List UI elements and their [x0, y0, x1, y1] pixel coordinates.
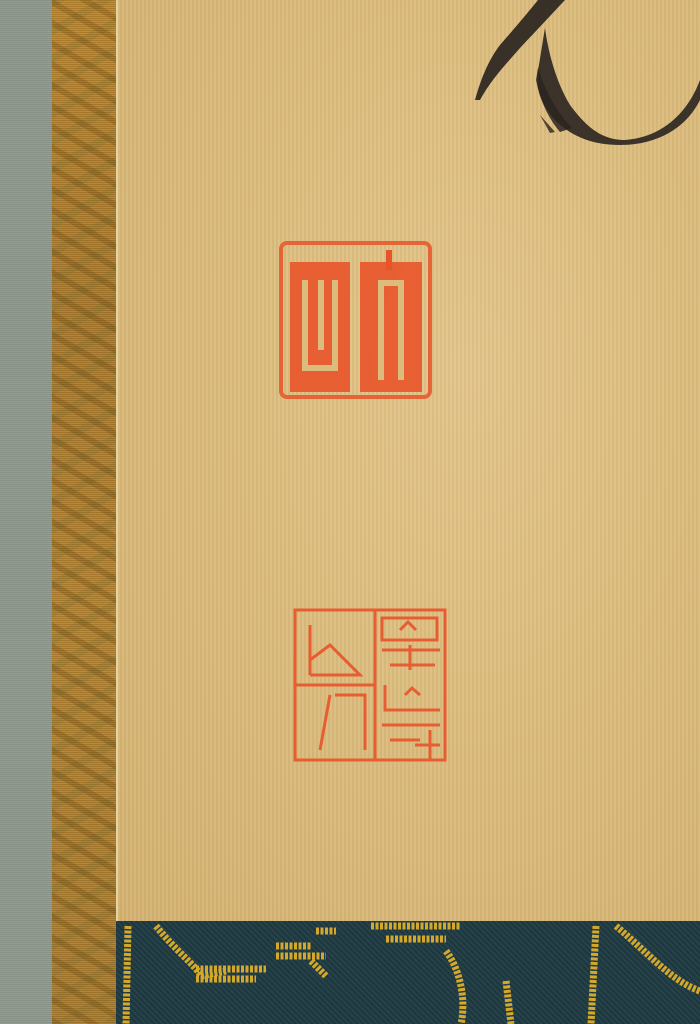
- red-seal-upper: [278, 240, 433, 400]
- gold-pattern: [116, 921, 700, 1024]
- gold-brocade-border: [52, 0, 116, 1024]
- calligraphy-ink-stroke: [460, 0, 700, 160]
- red-seal-lower: [290, 600, 450, 765]
- bottom-brocade-border: [116, 921, 700, 1024]
- grey-silk-border: [0, 0, 52, 1024]
